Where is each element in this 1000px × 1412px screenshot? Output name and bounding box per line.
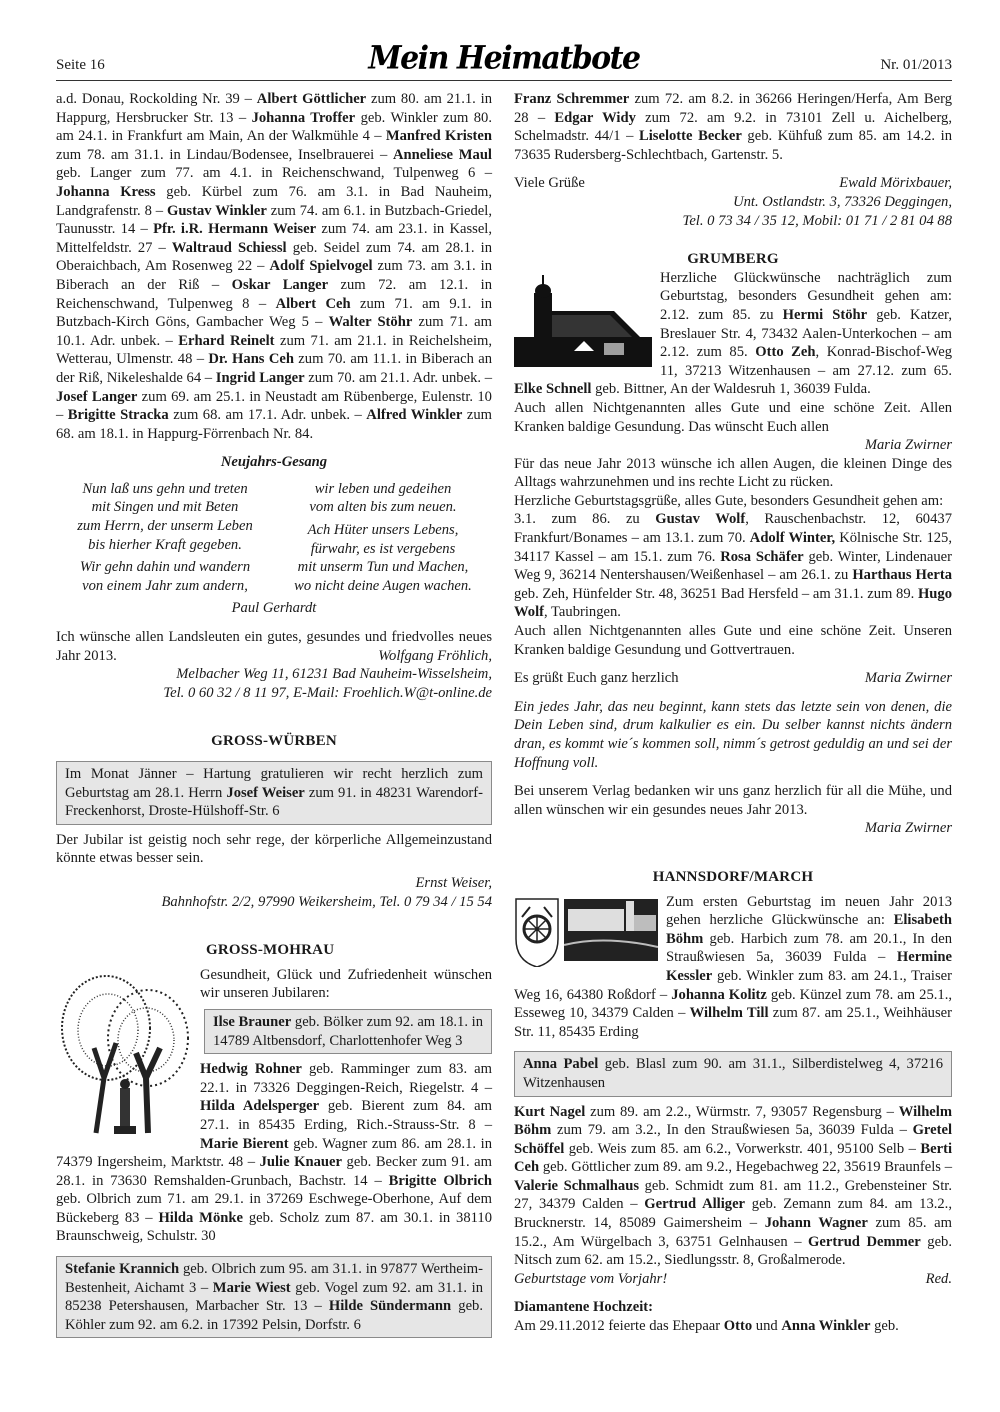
poem-title: Neujahrs-Gesang (56, 453, 492, 472)
right-column: Franz Schremmer zum 72. am 8.2. in 36266… (514, 90, 952, 1336)
person-name: Dr. Hans Ceh (208, 351, 294, 367)
person-name: Ingrid Langer (216, 370, 305, 386)
person-name: Ilse Brauner (213, 1014, 291, 1030)
highlight-box: Im Monat Jänner – Hartung gratulieren wi… (56, 761, 492, 825)
person-name: Erhard Reinelt (178, 333, 274, 349)
person-name: Rosa Schäfer (720, 549, 803, 565)
signature-row: Es grüßt Euch ganz herzlich Maria Zwirne… (514, 669, 952, 688)
person-name: Wilhelm Till (690, 1005, 769, 1021)
coat-of-arms-and-town-illustration (514, 895, 658, 967)
person-name: Josef Langer (56, 389, 137, 405)
person-name: Liselotte Becker (639, 128, 742, 144)
person-name: Albert Göttlicher (257, 91, 366, 107)
diamond-wedding-heading: Diamantene Hochzeit: (514, 1298, 952, 1317)
left-column: a.d. Donau, Rockolding Nr. 39 – Albert G… (56, 90, 492, 1338)
signature-name: Maria Zwirner (514, 436, 952, 455)
section-heading-hannsdorf: HANNSDORF/MARCH (514, 868, 952, 887)
editor-note: Geburtstage vom Vorjahr! (514, 1270, 667, 1289)
editor-signature: Red. (926, 1270, 952, 1289)
highlight-box: Anna Pabel geb. Blasl zum 90. am 31.1., … (514, 1051, 952, 1096)
poem-stanza: Wir gehn dahin und wandernvon einem Jahr… (56, 558, 274, 595)
thanks-text: Bei unserem Verlag bedanken wir uns ganz… (514, 782, 952, 819)
person-name: Hilda Adelsperger (200, 1098, 319, 1114)
person-name: Hilde Sündermann (329, 1298, 451, 1314)
person-name: Josef Weiser (226, 785, 304, 801)
tree-illustration (56, 968, 192, 1138)
poem-stanza: wir leben und gedeihenvom alten bis zum … (274, 480, 492, 517)
person-name: Johann Wagner (765, 1215, 868, 1231)
person-name: Kurt Nagel (514, 1104, 585, 1120)
person-name: Elke Schnell (514, 381, 591, 397)
poem-line: mit Singen und mit Beten (56, 498, 274, 517)
signature-address: Unt. Ostlandstr. 3, 73326 Deggingen, (514, 193, 952, 212)
poem-author: Paul Gerhardt (56, 599, 492, 618)
section-heading-grumberg: GRUMBERG (514, 250, 952, 269)
signature-name: Wolfgang Fröhlich, (56, 647, 492, 666)
poem-column-1: Nun laß uns gehn und tretenmit Singen un… (56, 480, 274, 600)
poem-line: vom alten bis zum neuen. (274, 498, 492, 517)
signature-contact: Tel. 0 60 32 / 8 11 97, E-Mail: Froehlic… (56, 684, 492, 703)
poem-line: wo nicht deine Augen wachen. (274, 577, 492, 596)
newspaper-page: Seite 16 Mein Heimatbote Nr. 01/2013 a.d… (0, 0, 1000, 1412)
quote-text: Ein jedes Jahr, das neu beginnt, kann st… (514, 698, 952, 772)
signature-address: Bahnhofstr. 2/2, 97990 Weikersheim, Tel.… (56, 893, 492, 912)
person-name: Gustav Wolf (655, 511, 745, 527)
person-name: Alfred Winkler (366, 407, 462, 423)
person-name: Oskar Langer (232, 277, 329, 293)
person-name: Otto (724, 1318, 752, 1334)
person-name: Valerie Schmalhaus (514, 1178, 639, 1194)
birthday-list-continued: a.d. Donau, Rockolding Nr. 39 – Albert G… (56, 90, 492, 443)
signature-name: Maria Zwirner (865, 669, 952, 688)
person-name: Anneliese Maul (393, 147, 492, 163)
page-number: Seite 16 (56, 57, 105, 74)
poem-line: zum Herrn, der unserm Leben (56, 517, 274, 536)
regards-text: Viele Grüße (514, 174, 585, 193)
poem-line: Wir gehn dahin und wandern (56, 558, 274, 577)
poem-line: wir leben und gedeihen (274, 480, 492, 499)
person-name: Brigitte Olbrich (389, 1173, 492, 1189)
grumberg-wishes-2: Auch allen Nichtgenannten alles Gute und… (514, 622, 952, 659)
person-name: Walter Stöhr (329, 314, 413, 330)
person-name: Hilda Mönke (158, 1210, 243, 1226)
regards-text: Es grüßt Euch ganz herzlich (514, 669, 679, 688)
section-heading-gross-wuerben: GROSS-WÜRBEN (56, 732, 492, 751)
person-name: Pfr. i.R. Hermann Weiser (153, 221, 316, 237)
birthday-greetings-intro: Herzliche Geburtstagsgrüße, alles Gute, … (514, 492, 952, 511)
church-illustration (514, 271, 652, 367)
person-name: Harthaus Herta (852, 567, 952, 583)
person-name: Waltraud Schiessl (172, 240, 287, 256)
person-name: Anna Winkler (781, 1318, 870, 1334)
person-name: Julie Knauer (260, 1154, 342, 1170)
birthday-greetings-list: 3.1. zum 86. zu Gustav Wolf, Rauschenbac… (514, 510, 952, 622)
poem-stanza: Nun laß uns gehn und tretenmit Singen un… (56, 480, 274, 554)
signature-name: Maria Zwirner (514, 819, 952, 838)
person-name: Manfred Kristen (386, 128, 492, 144)
page-header: Seite 16 Mein Heimatbote Nr. 01/2013 (56, 30, 952, 81)
diamond-wedding-text: Am 29.11.2012 feierte das Ehepaar Otto u… (514, 1317, 952, 1336)
person-name: Franz Schremmer (514, 91, 629, 107)
jubilee-note: Der Jubilar ist geistig noch sehr rege, … (56, 831, 492, 868)
signature-name: Ewald Mörixbauer, (839, 174, 952, 193)
poem-line: Ach Hüter unsers Lebens, (274, 521, 492, 540)
person-name: Anna Pabel (523, 1056, 598, 1072)
person-name: Edgar Widy (554, 110, 635, 126)
person-name: Brigitte Stracka (68, 407, 169, 423)
editor-note-row: Geburtstage vom Vorjahr! Red. (514, 1270, 952, 1289)
poem-line: mit unserm Tun und Machen, (274, 558, 492, 577)
signature-contact: Tel. 0 73 34 / 35 12, Mobil: 01 71 / 2 8… (514, 212, 952, 231)
poem-stanza: Ach Hüter unsers Lebens,fürwahr, es ist … (274, 521, 492, 595)
issue-number: Nr. 01/2013 (880, 57, 952, 74)
person-name: Hermi Stöhr (783, 307, 867, 323)
highlight-box: Ilse Brauner geb. Bölker zum 92. am 18.1… (204, 1009, 492, 1054)
section-heading-gross-mohrau: GROSS-MOHRAU (206, 941, 492, 960)
poem: Nun laß uns gehn und tretenmit Singen un… (56, 480, 492, 600)
person-name: Gustav Winkler (167, 203, 267, 219)
person-name: Adolf Spielvogel (269, 258, 372, 274)
masthead-logo: Mein Heimatbote (368, 40, 639, 77)
birthday-list-continued: Franz Schremmer zum 72. am 8.2. in 36266… (514, 90, 952, 164)
poem-line: von einem Jahr zum andern, (56, 577, 274, 596)
person-name: Stefanie Krannich (65, 1261, 179, 1277)
person-name: Johanna Kolitz (671, 987, 767, 1003)
person-name: Otto Zeh (755, 344, 815, 360)
new-year-wish: Für das neue Jahr 2013 wünsche ich allen… (514, 455, 952, 492)
person-name: Marie Bierent (200, 1136, 289, 1152)
person-name: Adolf Winter, (750, 530, 835, 546)
signature-row: Viele Grüße Ewald Mörixbauer, (514, 174, 952, 193)
person-name: Johanna Kress (56, 184, 156, 200)
signature-address: Melbacher Weg 11, 61231 Bad Nauheim-Wiss… (56, 665, 492, 684)
poem-line: Nun laß uns gehn und treten (56, 480, 274, 499)
poem-line: fürwahr, es ist vergebens (274, 540, 492, 559)
person-name: Johanna Troffer (252, 110, 356, 126)
person-name: Gertrud Demmer (808, 1234, 921, 1250)
hannsdorf-birthday-list-2: Kurt Nagel zum 89. am 2.2., Würmstr. 7, … (514, 1103, 952, 1270)
person-name: Marie Wiest (213, 1280, 291, 1296)
person-name: Hedwig Rohner (200, 1061, 302, 1077)
person-name: Albert Ceh (276, 296, 351, 312)
person-name: Gertrud Alliger (644, 1196, 745, 1212)
poem-column-2: wir leben und gedeihenvom alten bis zum … (274, 480, 492, 600)
grumberg-wishes: Auch allen Nichtgenannten alles Gute und… (514, 399, 952, 436)
highlight-box: Stefanie Krannich geb. Olbrich zum 95. a… (56, 1256, 492, 1338)
signature-name: Ernst Weiser, (56, 874, 492, 893)
poem-line: bis hierher Kraft gegeben. (56, 536, 274, 555)
